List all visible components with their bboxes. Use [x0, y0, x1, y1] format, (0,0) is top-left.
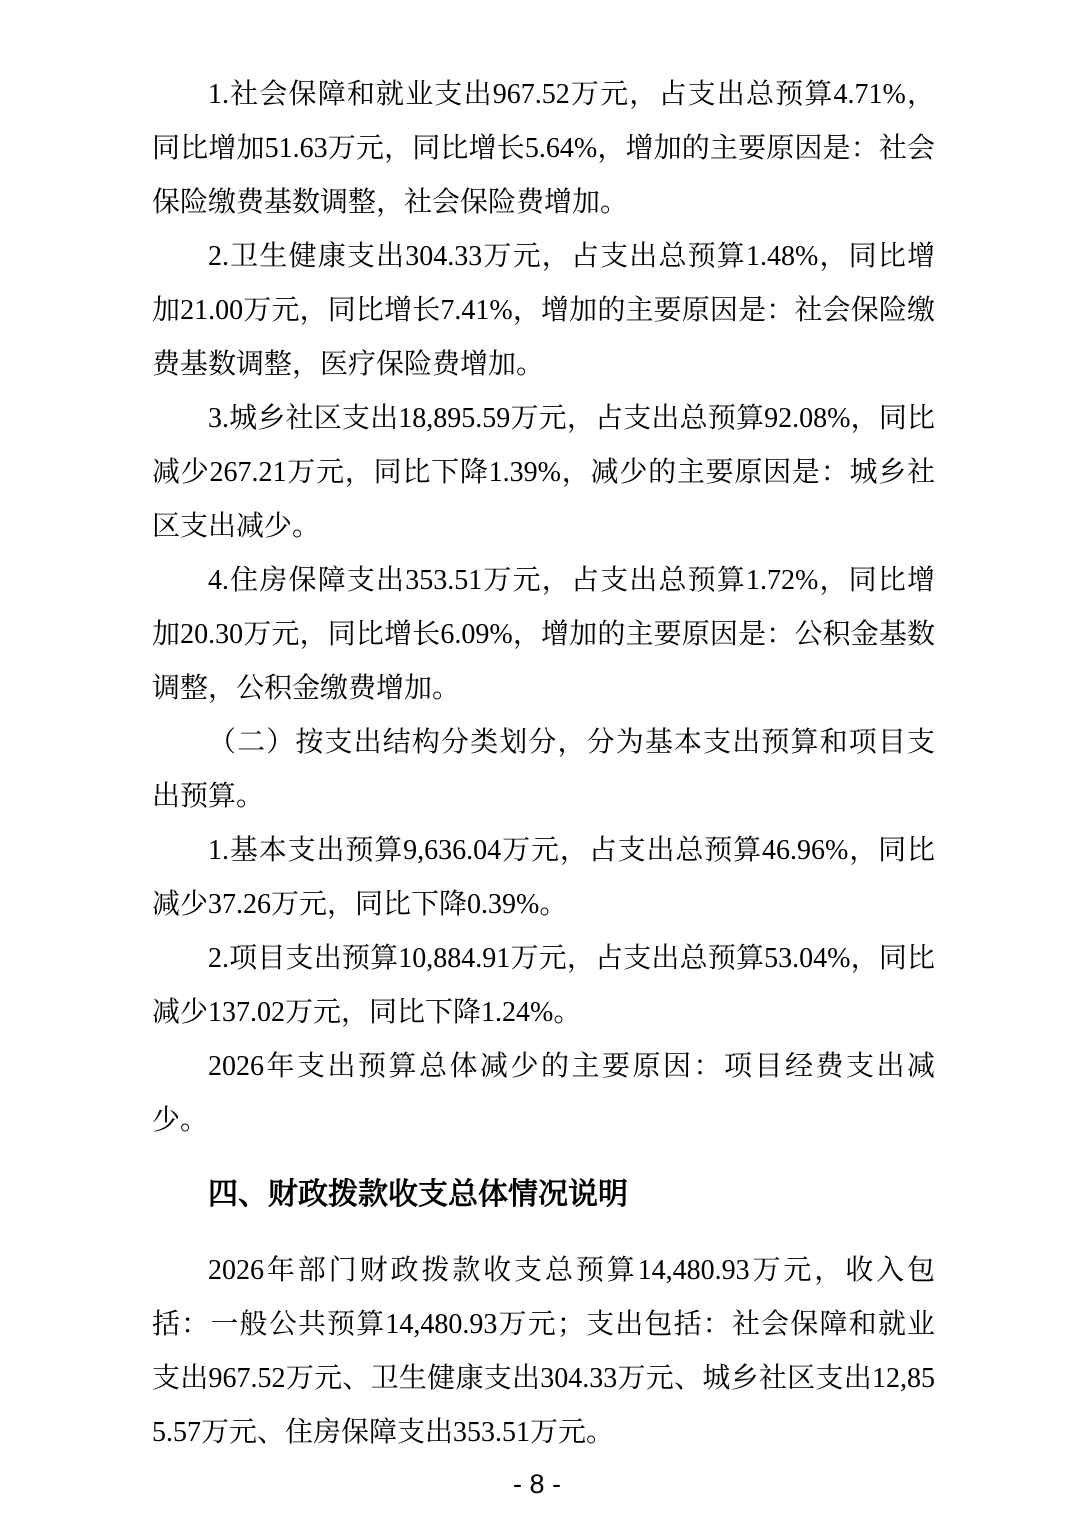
paragraph-health: 2.卫生健康支出304.33万元，占支出总预算1.48%，同比增加21.00万元…	[152, 230, 935, 392]
paragraph-urban-rural-community: 3.城乡社区支出18,895.59万元，占支出总预算92.08%，同比减少267…	[152, 392, 935, 554]
page-number: - 8 -	[0, 1468, 1074, 1500]
paragraph-social-security-employment: 1.社会保障和就业支出967.52万元，占支出总预算4.71%，同比增加51.6…	[152, 68, 935, 230]
paragraph-project-expenditure-budget: 2.项目支出预算10,884.91万元，占支出总预算53.04%，同比减少137…	[152, 932, 935, 1040]
paragraph-overall-reduction-reason: 2026年支出预算总体减少的主要原因：项目经费支出减少。	[152, 1040, 935, 1148]
paragraph-housing-security: 4.住房保障支出353.51万元，占支出总预算1.72%，同比增加20.30万元…	[152, 554, 935, 716]
paragraph-fiscal-allocation-summary: 2026年部门财政拨款收支总预算14,480.93万元，收入包括：一般公共预算1…	[152, 1244, 935, 1460]
document-page: 1.社会保障和就业支出967.52万元，占支出总预算4.71%，同比增加51.6…	[0, 0, 1074, 1520]
paragraph-structure-classification: （二）按支出结构分类划分，分为基本支出预算和项目支出预算。	[152, 716, 935, 824]
paragraph-basic-expenditure-budget: 1.基本支出预算9,636.04万元，占支出总预算46.96%，同比减少37.2…	[152, 824, 935, 932]
section-four-heading: 四、财政拨款收支总体情况说明	[152, 1172, 935, 1218]
